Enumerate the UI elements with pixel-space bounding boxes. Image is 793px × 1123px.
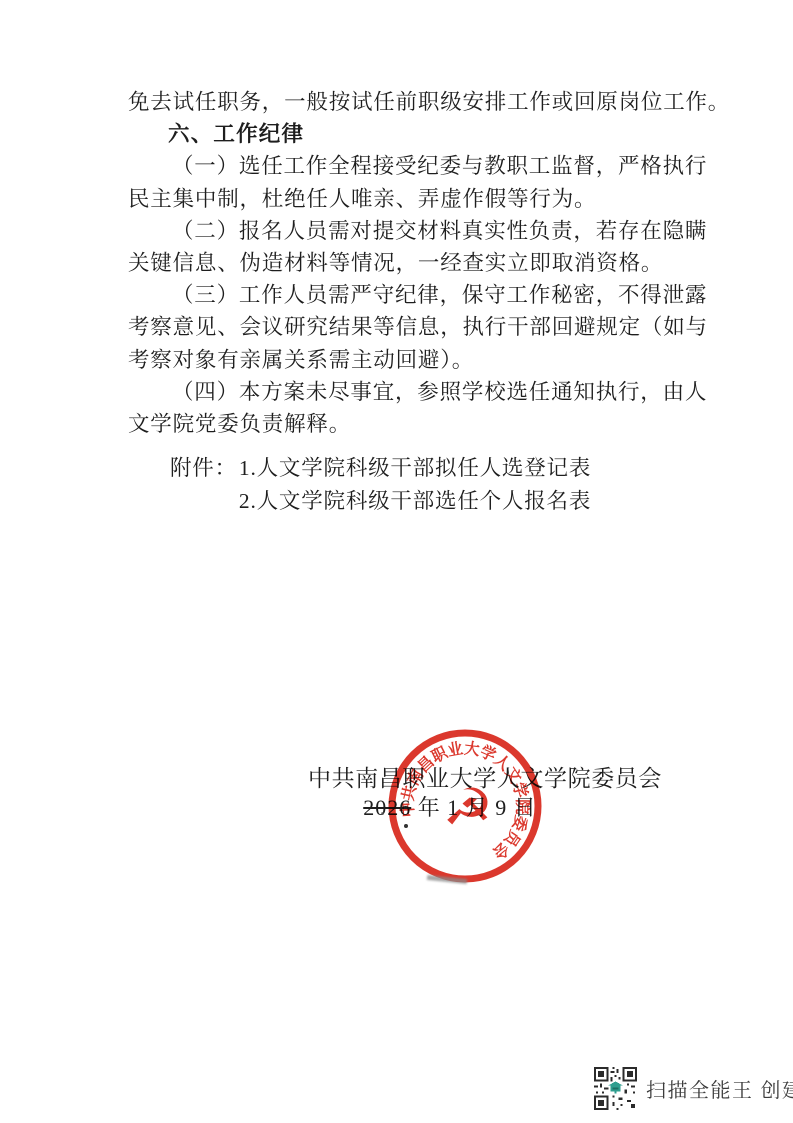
official-seal: 中共南昌职业大学人文学院委员会 ☭ <box>375 716 555 896</box>
scan-speck <box>381 812 384 815</box>
paragraph-line: 民主集中制，杜绝任人唯亲、弄虚作假等行为。 <box>128 183 688 215</box>
hammer-sickle-emblem: ☭ <box>440 773 497 842</box>
attachment-item: 2.人文学院科级干部选任个人报名表 <box>239 485 591 518</box>
paragraph-line: （三）工作人员需严守纪律，保守工作秘密，不得泄露 <box>128 279 688 311</box>
paragraph-line: 文学院党委负责解释。 <box>128 408 688 440</box>
paragraph-line: 考察对象有亲属关系需主动回避）。 <box>128 344 688 376</box>
scan-speck <box>404 824 408 828</box>
attachment-item: 1.人文学院科级干部拟任人选登记表 <box>239 452 591 485</box>
paragraph-line: 考察意见、会议研究结果等信息，执行干部回避规定（如与 <box>128 311 688 343</box>
attachments-label: 附件： <box>170 452 237 517</box>
attachments-list: 1.人文学院科级干部拟任人选登记表 2.人文学院科级干部选任个人报名表 <box>239 452 591 517</box>
qr-code-icon <box>594 1067 637 1110</box>
scanner-watermark: 扫描全能王 创建 <box>594 1067 793 1110</box>
paragraph-line: （二）报名人员需对提交材料真实性负责，若存在隐瞒 <box>128 215 688 247</box>
paragraph-line: 免去试任职务，一般按试任前职级安排工作或回原岗位工作。 <box>128 86 688 118</box>
attachments-block: 附件： 1.人文学院科级干部拟任人选登记表 2.人文学院科级干部选任个人报名表 <box>170 452 591 517</box>
paragraph-line: （一）选任工作全程接受纪委与教职工监督，严格执行 <box>128 150 688 182</box>
section-heading: 六、工作纪律 <box>128 118 688 150</box>
document-page: 免去试任职务，一般按试任前职级安排工作或回原岗位工作。 六、工作纪律 （一）选任… <box>0 0 793 1123</box>
paragraph-line: （四）本方案未尽事宜，参照学校选任通知执行，由人 <box>128 376 688 408</box>
watermark-text: 扫描全能王 创建 <box>646 1074 793 1103</box>
document-body: 免去试任职务，一般按试任前职级安排工作或回原岗位工作。 六、工作纪律 （一）选任… <box>128 86 688 440</box>
paragraph-line: 关键信息、伪造材料等情况，一经查实立即取消资格。 <box>128 247 688 279</box>
